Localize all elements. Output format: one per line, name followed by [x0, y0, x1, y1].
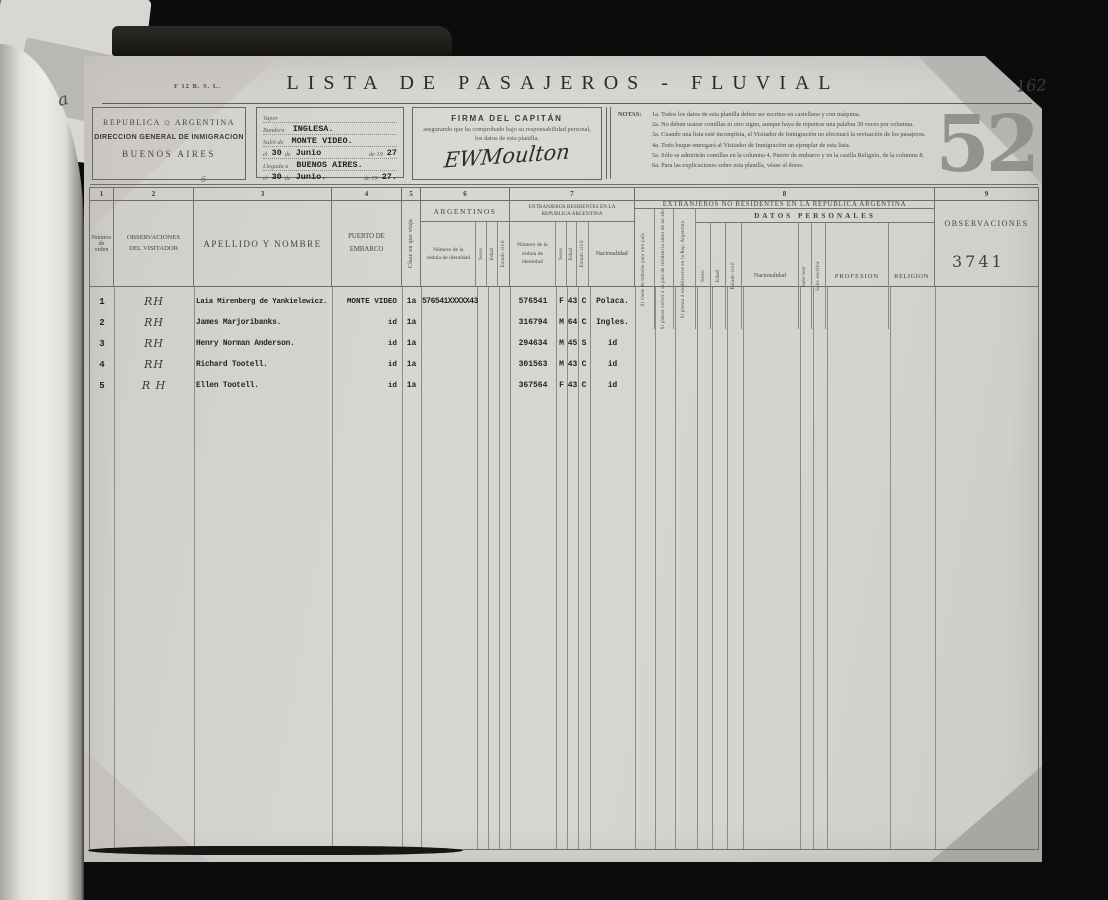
- res-sexo-header: Sexo: [556, 222, 567, 286]
- passenger-name: Henry Norman Anderson.: [194, 340, 332, 348]
- passenger-name: Richard Tootell.: [194, 361, 332, 369]
- arg-sexo-header: Sexo: [476, 222, 487, 286]
- document-page: F 12 B. S. L. LISTA DE PASAJEROS - FLUVI…: [84, 56, 1042, 862]
- visitador-initials: RH: [114, 295, 194, 308]
- table-row: 4 RH Richard Tootell. id 1a 301563 M 43 …: [90, 354, 1038, 375]
- embark-port: MONTE VIDEO: [332, 298, 402, 306]
- arg-id-struck: 576541XXXXX43: [421, 297, 510, 306]
- issuer-box: REPUBLICA ☼ ARGENTINA DIRECCION GENERAL …: [92, 107, 246, 180]
- table-row: 2 RH James Marjoribanks. id 1a 316794 M …: [90, 312, 1038, 333]
- column-number-row: 1 2 3 4 5 6 7 8 9: [90, 188, 1038, 201]
- col-number: 2: [114, 188, 194, 200]
- table-top-rule: [90, 184, 1038, 185]
- bandera-label: Bandera: [263, 127, 285, 134]
- book-top-edge: [112, 26, 452, 56]
- travel-class: 1a: [402, 318, 421, 327]
- res-cedula-header: Número de la cédula de identidad: [510, 222, 556, 286]
- table-body: 1 RH Laia Mirenberg de Yankielewicz. MON…: [90, 287, 1038, 849]
- resident-id-number: 301563: [510, 360, 556, 369]
- header-group-extranjeros-residentes: EXTRANJEROS RESIDENTES EN LA REPUBLICA A…: [510, 201, 635, 286]
- page-bottom-scuff: [88, 846, 463, 855]
- header-apellido-nombre: APELLIDO Y NOMBRE: [194, 201, 332, 286]
- llegada-day: 30: [272, 172, 282, 182]
- note-item: 1a. Todos los datos de esta planilla deb…: [652, 110, 860, 120]
- voyage-box: Vapor Bandera INGLESA. Salió de MONTE VI…: [256, 107, 404, 178]
- llegada-label: Llegada a: [263, 163, 288, 170]
- row-number: 3: [90, 339, 114, 349]
- de19-label: de 19: [364, 175, 378, 182]
- table-row: 3 RH Henry Norman Anderson. id 1a 294634…: [90, 333, 1038, 354]
- sex-value: F: [556, 381, 567, 390]
- civil-status-value: C: [578, 318, 590, 327]
- de-label: de: [285, 175, 291, 182]
- header-puerto-embarco: PUERTO DE EMBARCO: [332, 201, 402, 286]
- note-item: 6a. Para las explicaciones sobre esta pl…: [652, 161, 804, 171]
- pencil-mark: 6: [201, 175, 206, 184]
- salida-month: Junio: [296, 148, 322, 158]
- ext-res-title: EXTRANJEROS RESIDENTES EN LA REPUBLICA A…: [510, 201, 634, 222]
- passenger-name: James Marjoribanks.: [194, 319, 332, 327]
- visitador-initials: RH: [114, 337, 194, 350]
- visitador-initials: RH: [114, 316, 194, 329]
- argentina-crest-icon: ☼: [163, 119, 174, 127]
- passenger-name: Ellen Tootell.: [194, 382, 332, 390]
- bandera-value: INGLESA.: [293, 124, 334, 134]
- age-value: 43: [567, 360, 578, 369]
- handwritten-page-number: 162: [1016, 75, 1047, 96]
- sex-value: M: [556, 360, 567, 369]
- civil-status-value: C: [578, 381, 590, 390]
- captain-title: FIRMA DEL CAPITÁN: [413, 114, 601, 123]
- argentinos-title: ARGENTINOS: [421, 201, 509, 222]
- col-number: 1: [90, 188, 114, 200]
- sex-value: M: [556, 339, 567, 348]
- issuer-direccion: DIRECCION GENERAL DE INMIGRACION: [93, 134, 245, 141]
- note-item: 2a. No deben usarse comillas ni otro sig…: [652, 120, 914, 130]
- header-group-extranjeros-no-residentes: EXTRANJEROS NO RESIDENTES EN LA REPUBLIC…: [635, 201, 935, 286]
- form-header: REPUBLICA ☼ ARGENTINA DIRECCION GENERAL …: [84, 107, 1042, 180]
- age-value: 64: [567, 318, 578, 327]
- col-number: 9: [935, 188, 1038, 200]
- res-nacionalidad-header: Nacionalidad: [589, 222, 634, 286]
- arg-edad-header: Edad: [487, 222, 498, 286]
- embark-port: id: [332, 319, 402, 327]
- de19-label: de 19: [369, 151, 383, 158]
- age-value: 43: [567, 381, 578, 390]
- embark-port: id: [332, 382, 402, 390]
- issuer-republica: REPUBLICA: [103, 118, 161, 127]
- sex-value: M: [556, 318, 567, 327]
- note-item: 4a. Todo buque entregará al Visitador de…: [652, 141, 850, 151]
- res-edad-header: Edad: [567, 222, 578, 286]
- llegada-year: 27.: [382, 172, 397, 182]
- table-row: 5 R H Ellen Tootell. id 1a 367564 F 43 C…: [90, 375, 1038, 396]
- header-group-argentinos: ARGENTINOS Número de la cédula de identi…: [421, 201, 510, 286]
- res-estado-header: Estado civil: [577, 222, 589, 286]
- el-label: el: [263, 175, 268, 182]
- salio-value: MONTE VIDEO.: [291, 136, 352, 146]
- travel-class: 1a: [402, 381, 421, 390]
- resident-id-number: 367564: [510, 381, 556, 390]
- travel-class: 1a: [402, 360, 421, 369]
- ext-nores-title: EXTRANJEROS NO RESIDENTES EN LA REPUBLIC…: [635, 201, 934, 209]
- age-value: 43: [567, 297, 578, 306]
- header-divider: [606, 107, 611, 179]
- arg-cedula-header: Número de la cédula de identidad: [421, 222, 476, 286]
- sheet-number: 52: [935, 99, 1036, 190]
- note-item: 5a. Sólo se admitirán comillas en la col…: [652, 151, 924, 161]
- row-number: 4: [90, 360, 114, 370]
- passenger-table: 1 2 3 4 5 6 7 8 9 Número de orden OBSERV…: [89, 187, 1039, 850]
- resident-id-number: 576541: [510, 297, 556, 306]
- table-header-row: Número de orden OBSERVACIONES DEL VISITA…: [90, 201, 1038, 287]
- header-observaciones-visitador: OBSERVACIONES DEL VISITADOR: [114, 201, 194, 286]
- book-page-stack: [0, 44, 84, 900]
- visitador-initials: R H: [114, 379, 194, 392]
- header-observaciones: OBSERVACIONES: [935, 201, 1038, 286]
- row-number: 1: [90, 297, 114, 307]
- passenger-name: Laia Mirenberg de Yankielewicz.: [194, 298, 332, 306]
- travel-class: 1a: [402, 297, 421, 306]
- stamp-number: 3741: [952, 252, 1005, 271]
- resident-id-number: 294634: [510, 339, 556, 348]
- col-number: 6: [421, 188, 510, 200]
- captain-box: FIRMA DEL CAPITÁN asegurando que ha comp…: [412, 107, 602, 180]
- issuer-ciudad: BUENOS AIRES: [93, 149, 245, 159]
- issuer-argentina: ARGENTINA: [175, 118, 235, 127]
- scanned-ledger-photo: F 12 B. S. L. LISTA DE PASAJEROS - FLUVI…: [0, 0, 1108, 900]
- salida-day: 30: [272, 148, 282, 158]
- civil-status-value: C: [578, 297, 590, 306]
- de-label: de: [285, 151, 291, 158]
- embark-port: id: [332, 361, 402, 369]
- llegada-month: Junio.: [296, 172, 327, 182]
- col-number: 3: [194, 188, 332, 200]
- col-number: 7: [510, 188, 635, 200]
- nationality-value: Ingles.: [590, 319, 635, 327]
- nationality-value: Polaca.: [590, 298, 635, 306]
- row-number: 2: [90, 318, 114, 328]
- visitador-initials: RH: [114, 358, 194, 371]
- vapor-label: Vapor: [263, 115, 278, 122]
- note-item: 3a. Cuando una lista esté incompleta, el…: [652, 130, 926, 140]
- age-value: 45: [567, 339, 578, 348]
- salio-label: Salió de: [263, 139, 283, 146]
- embark-port: id: [332, 340, 402, 348]
- salida-year: 27: [387, 148, 397, 158]
- el-label: el: [263, 151, 268, 158]
- arg-estado-header: Estado civil: [498, 222, 509, 286]
- title-rule: [102, 103, 1032, 104]
- civil-status-value: C: [578, 360, 590, 369]
- row-number: 5: [90, 381, 114, 391]
- nationality-value: id: [590, 340, 635, 348]
- col-number: 4: [332, 188, 402, 200]
- civil-status-value: S: [578, 339, 590, 348]
- table-row: 1 RH Laia Mirenberg de Yankielewicz. MON…: [90, 291, 1038, 312]
- sex-value: F: [556, 297, 567, 306]
- llegada-value: BUENOS AIRES.: [296, 160, 362, 170]
- notes-block: NOTAS: 1a. Todos los datos de esta plani…: [618, 110, 936, 171]
- datos-personales-title: DATOS PERSONALES: [696, 209, 934, 223]
- header-clase-viaja: Clase en que viaja: [402, 201, 421, 286]
- notes-label: NOTAS:: [618, 110, 652, 120]
- col-number: 5: [402, 188, 421, 200]
- page-title: LISTA DE PASAJEROS - FLUVIAL: [84, 72, 1042, 95]
- travel-class: 1a: [402, 339, 421, 348]
- header-numero-orden: Número de orden: [90, 201, 114, 286]
- nationality-value: id: [590, 361, 635, 369]
- resident-id-number: 316794: [510, 318, 556, 327]
- col-number: 8: [635, 188, 935, 200]
- nationality-value: id: [590, 382, 635, 390]
